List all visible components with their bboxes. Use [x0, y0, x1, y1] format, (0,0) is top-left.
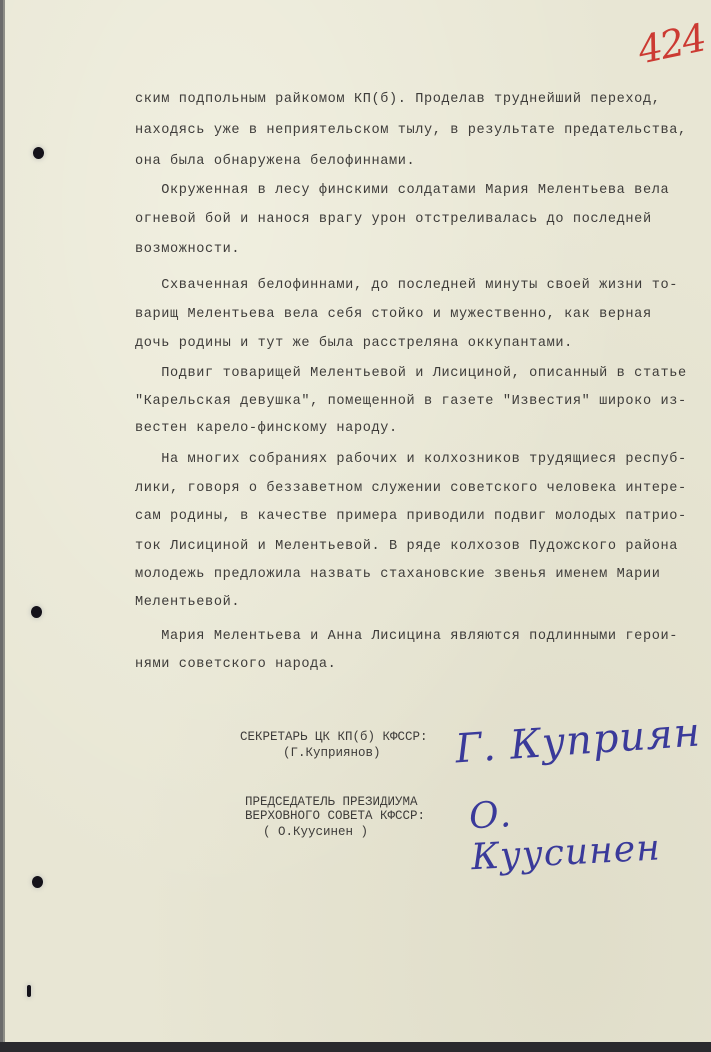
body-line: варищ Мелентьева вела себя стойко и муже…: [135, 307, 652, 322]
body-line: "Карельская девушка", помещенной в газет…: [135, 394, 687, 409]
signatory-name: ( О.Куусинен ): [263, 825, 368, 839]
body-line: нями советского народа.: [135, 657, 336, 672]
body-line: вестен карело-финскому народу.: [135, 421, 398, 436]
handwritten-signature: Г. Куприян: [454, 709, 703, 772]
scan-edge: [0, 1042, 711, 1052]
body-line: Мелентьевой.: [135, 595, 240, 610]
body-line: Мария Мелентьева и Анна Лисицина являютс…: [135, 629, 678, 644]
document-body: ским подпольным райкомом КП(б). Проделав…: [135, 92, 170, 422]
punch-hole: [32, 876, 43, 888]
body-line: возможности.: [135, 242, 240, 257]
body-line: Схваченная белофиннами, до последней мин…: [135, 278, 678, 293]
body-line: ским подпольным райкомом КП(б). Проделав…: [135, 92, 660, 107]
body-line: Подвиг товарищей Мелентьевой и Лисициной…: [135, 366, 687, 381]
document-page: 424 ским подпольным райкомом КП(б). Прод…: [3, 0, 711, 1042]
archive-page-number: 424: [634, 16, 708, 73]
signatory-title: ПРЕДСЕДАТЕЛЬ ПРЕЗИДИУМА: [245, 795, 418, 809]
body-line: ток Лисициной и Мелентьевой. В ряде колх…: [135, 539, 678, 554]
signatory-title: ВЕРХОВНОГО СОВЕТА КФССР:: [245, 809, 425, 823]
body-line: молодежь предложила назвать стахановские…: [135, 567, 660, 582]
handwritten-signature: О. Куусинен: [468, 784, 711, 879]
body-line: лики, говоря о беззаветном служении сове…: [135, 481, 687, 496]
body-line: огневой бой и нанося врагу урон отстрели…: [135, 212, 652, 227]
body-line: она была обнаружена белофиннами.: [135, 154, 415, 169]
body-line: Окруженная в лесу финскими солдатами Мар…: [135, 183, 669, 198]
signatory-name: (Г.Куприянов): [283, 746, 381, 760]
body-line: находясь уже в неприятельском тылу, в ре…: [135, 123, 687, 138]
punch-hole: [27, 985, 31, 997]
body-line: сам родины, в качестве примера приводили…: [135, 509, 687, 524]
punch-hole: [31, 606, 42, 618]
body-line: На многих собраниях рабочих и колхознико…: [135, 452, 687, 467]
punch-hole: [33, 147, 44, 159]
signatory-title: СЕКРЕТАРЬ ЦК КП(б) КФССР:: [240, 730, 428, 744]
body-line: дочь родины и тут же была расстреляна ок…: [135, 336, 573, 351]
